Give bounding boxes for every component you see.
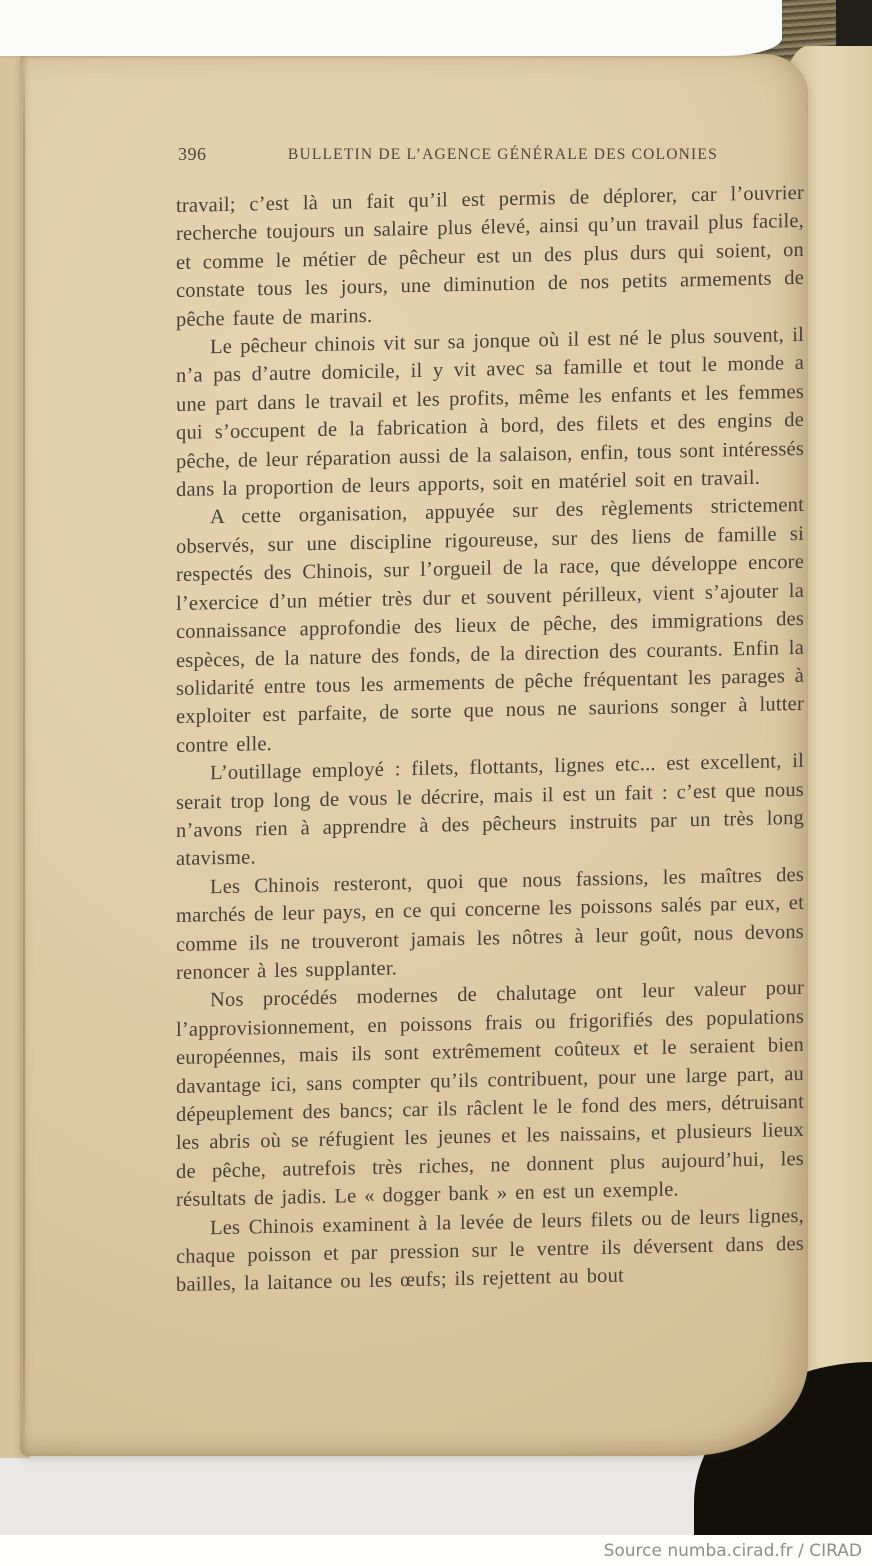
scanned-book-photo: 396 BULLETIN DE L’AGENCE GÉNÉRALE DES CO… [0, 0, 872, 1566]
source-caption-bar: Source numba.cirad.fr / CIRAD [0, 1535, 872, 1566]
paragraph-2: Le pêcheur chinois vit sur sa jonque où … [176, 321, 804, 505]
paragraph-1: travail; c’est là un fait qu’il est perm… [176, 179, 804, 334]
paragraph-3: A cette organisation, appuyée sur des rè… [176, 491, 804, 760]
scanner-flap [0, 0, 782, 56]
paragraph-6: Nos procédés modernes de chalutage ont l… [176, 974, 804, 1214]
paragraph-4: L’outillage employé : filets, flottants,… [176, 747, 804, 874]
paragraph-7: Les Chinois examinent à la levée de leur… [176, 1201, 804, 1299]
paragraph-5: Les Chinois resteront, quoi que nous fas… [176, 861, 804, 988]
book-page: 396 BULLETIN DE L’AGENCE GÉNÉRALE DES CO… [20, 54, 808, 1456]
page-body: travail; c’est là un fait qu’il est perm… [176, 179, 804, 1300]
page-number: 396 [178, 144, 207, 165]
running-header-title: BULLETIN DE L’AGENCE GÉNÉRALE DES COLONI… [288, 146, 718, 164]
running-head: 396 BULLETIN DE L’AGENCE GÉNÉRALE DES CO… [176, 142, 804, 168]
page-fold-crease [23, 54, 25, 1456]
source-caption: Source numba.cirad.fr / CIRAD [604, 1541, 862, 1561]
page-content: 396 BULLETIN DE L’AGENCE GÉNÉRALE DES CO… [176, 142, 804, 1300]
